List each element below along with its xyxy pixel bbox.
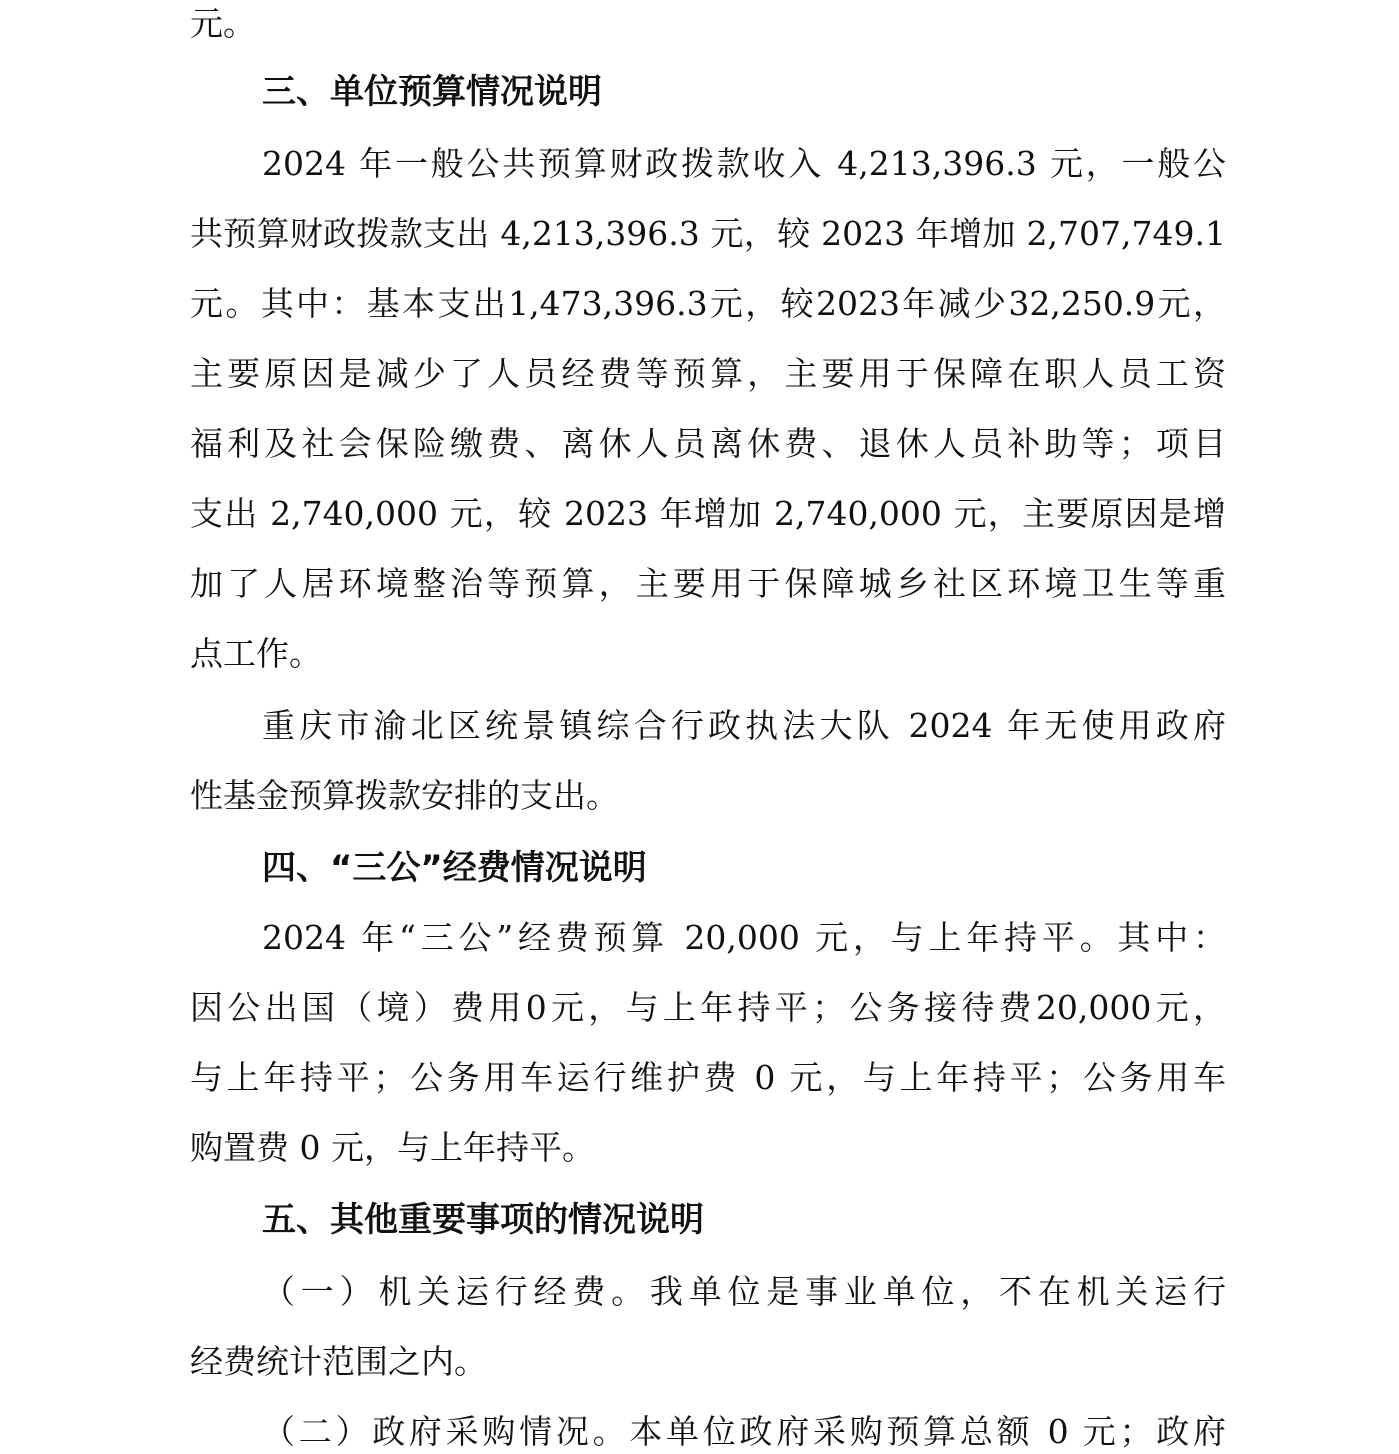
paragraph-line: 与上年持平；公务用车运行维护费 0 元，与上年持平；公务用车 xyxy=(190,1058,1226,1098)
paragraph-line: （一）机关运行经费。我单位是事业单位，不在机关运行 xyxy=(262,1272,1226,1312)
section-heading-other-matters: 五、其他重要事项的情况说明 xyxy=(262,1200,704,1240)
section-heading-unit-budget: 三、单位预算情况说明 xyxy=(262,72,602,112)
paragraph-line: 点工作。 xyxy=(190,634,1226,674)
paragraph-line: 2024 年一般公共预算财政拨款收入 4,213,396.3 元，一般公 xyxy=(262,144,1226,184)
paragraph-line: 共预算财政拨款支出 4,213,396.3 元，较 2023 年增加 2,707… xyxy=(190,214,1226,254)
paragraph-line: 主要原因是减少了人员经费等预算，主要用于保障在职人员工资 xyxy=(190,354,1226,394)
paragraph-line: （二）政府采购情况。本单位政府采购预算总额 0 元；政府 xyxy=(262,1412,1226,1452)
paragraph-line: 经费统计范围之内。 xyxy=(190,1342,1226,1382)
section-heading-three-public: 四、“三公”经费情况说明 xyxy=(262,848,647,888)
paragraph-line: 加了人居环境整治等预算，主要用于保障城乡社区环境卫生等重 xyxy=(190,564,1226,604)
paragraph-line: 福利及社会保险缴费、离休人员离休费、退休人员补助等；项目 xyxy=(190,424,1226,464)
paragraph-line: 购置费 0 元，与上年持平。 xyxy=(190,1128,1226,1168)
paragraph-line: 因公出国（境）费用0元，与上年持平；公务接待费20,000元， xyxy=(190,988,1226,1028)
paragraph-line: 性基金预算拨款安排的支出。 xyxy=(190,776,1226,816)
paragraph-line: 元。其中：基本支出1,473,396.3元，较2023年减少32,250.9元， xyxy=(190,284,1226,324)
document-page: 元。 三、单位预算情况说明 2024 年一般公共预算财政拨款收入 4,213,3… xyxy=(0,0,1399,1454)
paragraph-line: 元。 xyxy=(190,4,1226,44)
paragraph-line: 重庆市渝北区统景镇综合行政执法大队 2024 年无使用政府 xyxy=(262,706,1226,746)
paragraph-line: 支出 2,740,000 元，较 2023 年增加 2,740,000 元，主要… xyxy=(190,494,1226,534)
paragraph-line: 2024 年“三公”经费预算 20,000 元，与上年持平。其中： xyxy=(262,918,1226,958)
